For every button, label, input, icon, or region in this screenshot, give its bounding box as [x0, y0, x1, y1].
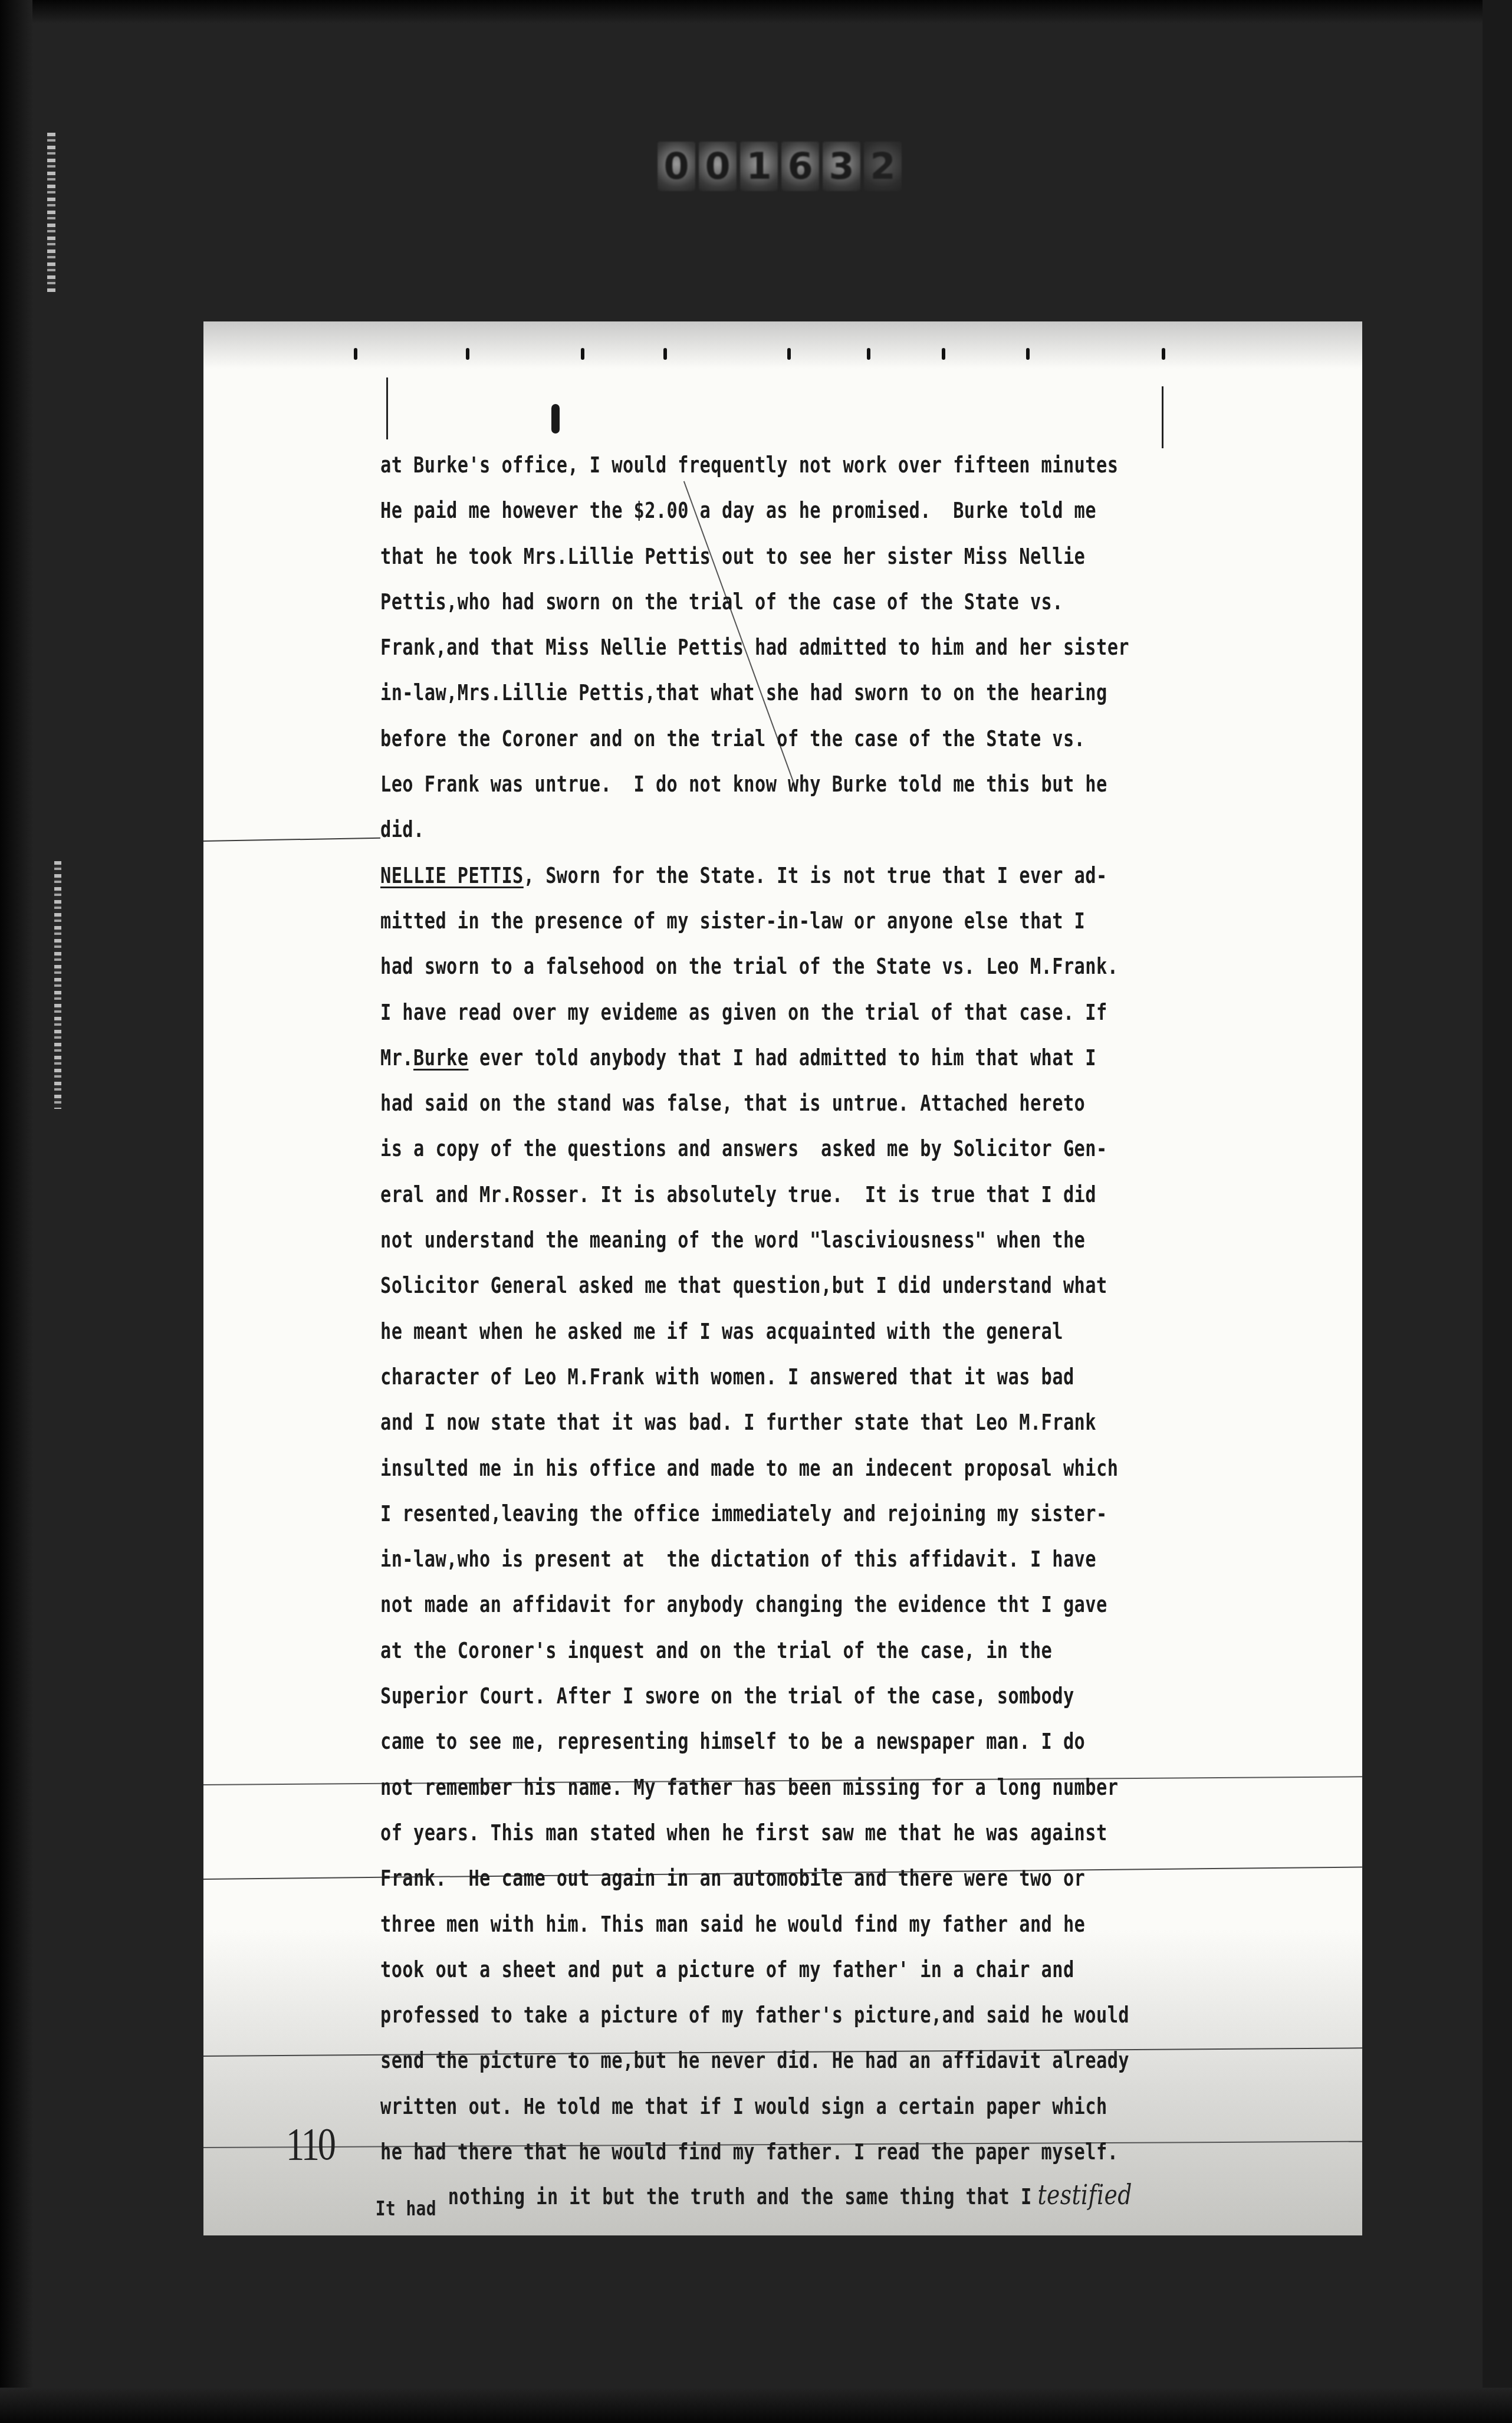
film-edge-marking	[47, 133, 55, 292]
burke-name: Burke	[413, 1045, 468, 1071]
text-line: he meant when he asked me if I was acqua…	[380, 1309, 1135, 1354]
text-line: eral and Mr.Rosser. It is absolutely tru…	[380, 1172, 1135, 1217]
text-line: not understand the meaning of the word "…	[380, 1217, 1135, 1263]
page-number: 110	[286, 2117, 334, 2171]
frame-digit: 2	[864, 142, 902, 191]
film-top-shadow	[0, 0, 1512, 24]
ink-blot	[551, 404, 560, 434]
frame-digit: 0	[658, 142, 695, 191]
text-line: and I now state that it was bad. I furth…	[380, 1400, 1135, 1445]
page-discoloration	[203, 321, 1362, 369]
film-edge-marking	[54, 861, 61, 1109]
scan-artifact	[386, 377, 388, 439]
frame-digit: 1	[740, 142, 778, 191]
text-line: not made an affidavit for anybody changi…	[380, 1582, 1135, 1627]
punch-mark	[1162, 348, 1165, 360]
text-line: character of Leo M.Frank with women. I a…	[380, 1354, 1135, 1400]
text-line: Superior Court. After I swore on the tri…	[380, 1673, 1135, 1719]
text-line: at Burke's office, I would frequently no…	[380, 442, 1135, 488]
text-line: Leo Frank was untrue. I do not know why …	[380, 761, 1135, 807]
microfilm-frame-number: 0 0 1 6 3 2	[658, 142, 902, 191]
film-right-edge	[1483, 0, 1512, 2423]
punch-mark	[354, 348, 357, 360]
text-line: in-law,Mrs.Lillie Pettis,that what she h…	[380, 670, 1135, 715]
final-line-prefix: It had	[376, 2186, 436, 2232]
text-line: before the Coroner and on the trial of t…	[380, 716, 1135, 761]
punch-mark	[663, 348, 667, 360]
final-line-text: nothing in it but the truth and the same…	[448, 2172, 1132, 2220]
text-line: three men with him. This man said he wou…	[380, 1902, 1135, 1947]
punch-mark	[867, 348, 870, 360]
text-line: He paid me however the $2.00 a day as he…	[380, 488, 1135, 533]
text-line: of years. This man stated when he first …	[380, 1810, 1135, 1856]
text-line: professed to take a picture of my father…	[380, 1992, 1135, 2038]
text-line: came to see me, representing himself to …	[380, 1719, 1135, 1764]
text-line: I resented,leaving the office immediatel…	[380, 1491, 1135, 1536]
final-line-typed: nothing in it but the truth and the same…	[448, 2184, 1032, 2209]
frame-digit: 6	[781, 142, 819, 191]
text-line: Mr.Burke ever told anybody that I had ad…	[380, 1035, 1135, 1081]
final-text-line: It had nothing in it but the truth and t…	[380, 2175, 1135, 2220]
text-line: he had there that he would find my fathe…	[380, 2129, 1135, 2175]
punch-mark	[466, 348, 469, 360]
text-line: Solicitor General asked me that question…	[380, 1263, 1135, 1308]
scan-artifact	[203, 838, 380, 842]
text-line: took out a sheet and put a picture of my…	[380, 1947, 1135, 1992]
punch-mark	[581, 348, 584, 360]
punch-mark	[942, 348, 945, 360]
frame-digit: 3	[823, 142, 860, 191]
text-line: Frank,and that Miss Nellie Pettis had ad…	[380, 625, 1135, 670]
handwritten-annotation: testified	[1037, 2179, 1132, 2211]
scan-artifact	[1162, 386, 1163, 448]
text-line: not remember his name. My father has bee…	[380, 1765, 1135, 1810]
text-line: that he took Mrs.Lillie Pettis out to se…	[380, 534, 1135, 579]
witness-heading-line: NELLIE PETTIS, Sworn for the State. It i…	[380, 853, 1135, 898]
text-line: insulted me in his office and made to me…	[380, 1446, 1135, 1491]
film-bottom-shadow	[0, 2388, 1512, 2423]
witness-name: NELLIE PETTIS	[380, 863, 524, 888]
text-line: mitted in the presence of my sister-in-l…	[380, 898, 1135, 944]
affidavit-text: at Burke's office, I would frequently no…	[380, 442, 1300, 2221]
text-line: Frank. He came out again in an automobil…	[380, 1856, 1135, 1901]
text-line: at the Coroner's inquest and on the tria…	[380, 1628, 1135, 1673]
text-line: had sworn to a falsehood on the trial of…	[380, 944, 1135, 989]
text-line: Pettis,who had sworn on the trial of the…	[380, 579, 1135, 625]
burke-line-text: ever told anybody that I had admitted to…	[468, 1045, 1096, 1071]
text-line: had said on the stand was false, that is…	[380, 1081, 1135, 1126]
frame-digit: 0	[699, 142, 737, 191]
text-line: did.	[380, 807, 1135, 852]
film-left-shadow	[0, 0, 32, 2423]
text-line: I have read over my evideme as given on …	[380, 990, 1135, 1035]
affidavit-page: at Burke's office, I would frequently no…	[203, 321, 1362, 2235]
punch-mark	[1026, 348, 1030, 360]
burke-line-prefix: Mr.	[380, 1045, 413, 1071]
text-line: send the picture to me,but he never did.…	[380, 2038, 1135, 2083]
punch-mark	[787, 348, 791, 360]
text-line: in-law,who is present at the dictation o…	[380, 1536, 1135, 1582]
text-line: is a copy of the questions and answers a…	[380, 1126, 1135, 1171]
witness-heading-text: , Sworn for the State. It is not true th…	[524, 863, 1107, 888]
text-line: written out. He told me that if I would …	[380, 2084, 1135, 2129]
